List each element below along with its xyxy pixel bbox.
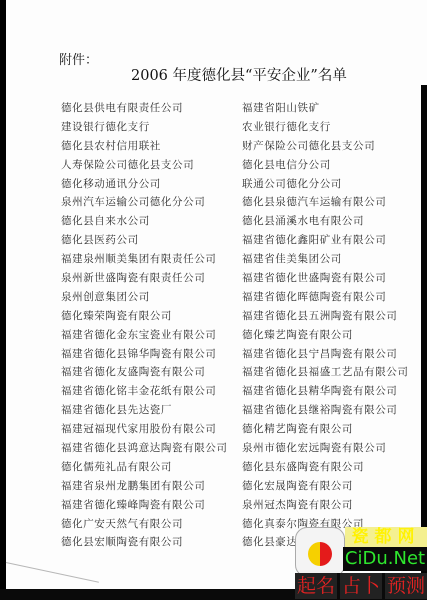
- list-item: 财产保险公司德化县支公司: [242, 137, 427, 156]
- list-item: 德化县农村信用联社: [61, 137, 251, 156]
- list-item: 德化县医药公司: [61, 231, 251, 250]
- slogan-word: 预测: [385, 573, 427, 599]
- list-item: 德化精艺陶瓷有限公司: [242, 420, 427, 439]
- list-item: 农业银行德化支行: [242, 118, 427, 137]
- list-item: 德化县自来水公司: [61, 212, 251, 231]
- scan-artifact-line: [6, 562, 99, 583]
- list-item: 福建省德化县锦华陶瓷有限公司: [61, 345, 251, 364]
- list-item: 福建省泉州龙鹏集团有限公司: [61, 477, 251, 496]
- list-item: 德化臻荣陶瓷有限公司: [61, 307, 251, 326]
- list-item: 福建省阳山铁矿: [242, 99, 427, 118]
- list-item: 福建省德化县宁昌陶瓷有限公司: [242, 345, 427, 364]
- document-title: 2006 年度德化县“平安企业”名单: [131, 64, 347, 85]
- list-item: 德化县涌溪水电有限公司: [242, 212, 427, 231]
- list-item: 福建省德化县先达瓷厂: [61, 401, 251, 420]
- list-item: 德化移动通讯分公司: [61, 175, 251, 194]
- list-item: 福建省德化晖德陶瓷有限公司: [242, 288, 427, 307]
- list-item: 建设银行德化支行: [61, 118, 251, 137]
- list-item: 德化县宏顺陶瓷有限公司: [61, 533, 251, 552]
- list-item: 福建省德化友盛陶瓷有限公司: [61, 363, 251, 382]
- list-item: 福建冠福现代家用股份有限公司: [61, 420, 251, 439]
- list-item: 泉州创意集团公司: [61, 288, 251, 307]
- list-item: 德化儒苑礼品有限公司: [61, 458, 251, 477]
- watermark-site-name-en: CiDu.Net: [343, 547, 427, 571]
- list-item: 福建省德化世盛陶瓷有限公司: [242, 269, 427, 288]
- watermark-slogan: 起名 占卜 预测: [295, 573, 427, 599]
- slogan-word: 占卜: [340, 573, 382, 599]
- list-item: 德化臻艺陶瓷有限公司: [242, 326, 427, 345]
- list-item: 德化县供电有限责任公司: [61, 99, 251, 118]
- list-item: 福建省德化臻峰陶瓷有限公司: [61, 496, 251, 515]
- list-item: 人寿保险公司德化县支公司: [61, 156, 251, 175]
- list-item: 泉州冠杰陶瓷有限公司: [242, 496, 427, 515]
- list-item: 福建省德化金东宝瓷业有限公司: [61, 326, 251, 345]
- list-item: 联通公司德化分公司: [242, 175, 427, 194]
- list-item: 福建省德化县鸿意达陶瓷有限公司: [61, 439, 251, 458]
- list-item: 泉州市德化宏远陶瓷有限公司: [242, 439, 427, 458]
- scan-edge-right: [421, 85, 427, 600]
- yinyang-icon: [308, 542, 332, 566]
- attachment-label: 附件：: [59, 49, 98, 68]
- list-item: 福建泉州顺美集团有限责任公司: [61, 250, 251, 269]
- list-item: 德化县电信分公司: [242, 156, 427, 175]
- list-item: 泉州汽车运输公司德化分公司: [61, 193, 251, 212]
- list-item: 福建省德化县福盛工艺品有限公司: [242, 363, 427, 382]
- right-company-list: 福建省阳山铁矿 农业银行德化支行 财产保险公司德化县支公司 德化县电信分公司 联…: [242, 99, 427, 552]
- list-item: 德化宏晟陶瓷有限公司: [242, 477, 427, 496]
- left-company-list: 德化县供电有限责任公司 建设银行德化支行 德化县农村信用联社 人寿保险公司德化县…: [61, 99, 251, 552]
- site-watermark: 瓷都网 CiDu.Net 起名 占卜 预测: [295, 525, 427, 600]
- page-margin-top-right: [422, 0, 427, 85]
- list-item: 福建省德化铭丰金花纸有限公司: [61, 382, 251, 401]
- watermark-site-name-cn: 瓷都网: [345, 527, 427, 547]
- bagua-yinyang-icon: [295, 527, 345, 577]
- list-item: 福建省德化县五洲陶瓷有限公司: [242, 307, 427, 326]
- list-item: 福建省德化县精华陶瓷有限公司: [242, 382, 427, 401]
- list-item: 福建省德化鑫阳矿业有限公司: [242, 231, 427, 250]
- list-item: 德化县泉德汽车运输有限公司: [242, 193, 427, 212]
- slogan-word: 起名: [295, 573, 337, 599]
- list-item: 福建省佳美集团公司: [242, 250, 427, 269]
- scanned-page: 附件： 2006 年度德化县“平安企业”名单 德化县供电有限责任公司 建设银行德…: [6, 0, 422, 590]
- list-item: 福建省德化县继裕陶瓷有限公司: [242, 401, 427, 420]
- list-item: 泉州新世盛陶瓷有限责任公司: [61, 269, 251, 288]
- list-item: 德化县东盛陶瓷有限公司: [242, 458, 427, 477]
- list-item: 德化广安天然气有限公司: [61, 515, 251, 534]
